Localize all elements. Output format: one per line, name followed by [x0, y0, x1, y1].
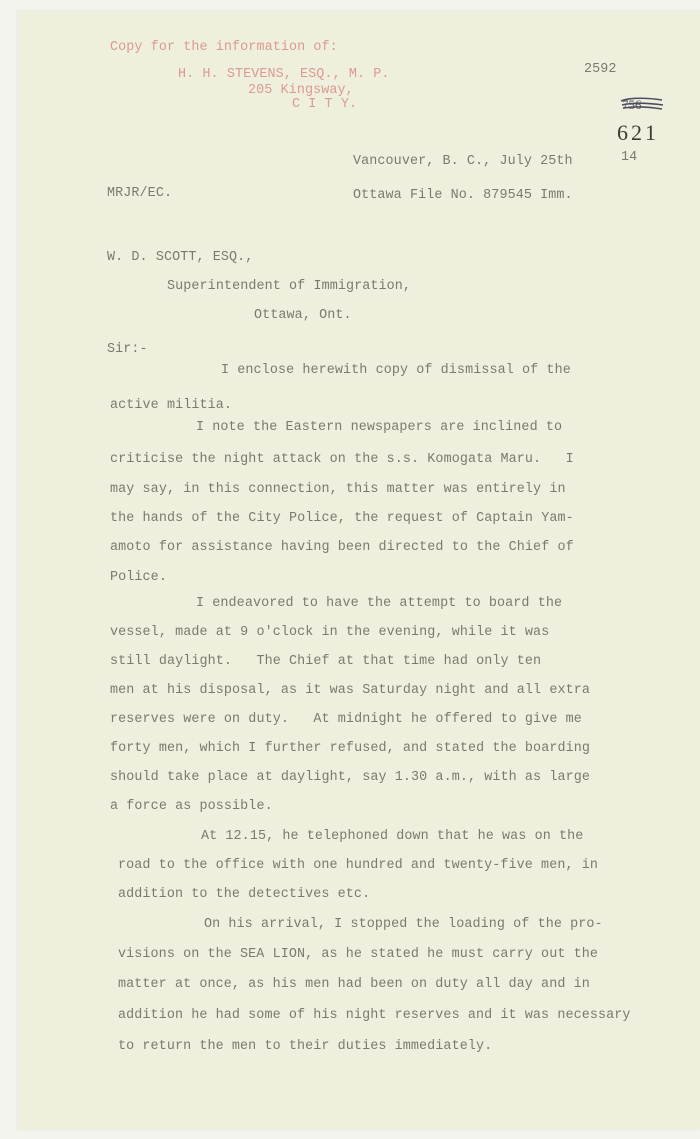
body-line: still daylight. The Chief at that time h…: [110, 654, 541, 669]
page-number: 14: [621, 150, 637, 165]
body-line: active militia.: [110, 398, 232, 413]
body-line: should take place at daylight, say 1.30 …: [110, 770, 590, 785]
body-line: to return the men to their duties immedi…: [118, 1039, 492, 1054]
body-line: On his arrival, I stopped the loading of…: [204, 917, 603, 932]
body-line: matter at once, as his men had been on d…: [118, 977, 590, 992]
reference-initials: MRJR/EC.: [107, 186, 172, 201]
body-line: reserves were on duty. At midnight he of…: [110, 712, 582, 727]
body-line: I enclose herewith copy of dismissal of …: [221, 363, 571, 378]
addressee-location: Ottawa, Ont.: [254, 308, 352, 323]
addressee-name: W. D. SCOTT, ESQ.,: [107, 250, 253, 265]
body-line: criticise the night attack on the s.s. K…: [110, 452, 574, 467]
copy-recipient-name: H. H. STEVENS, ESQ., M. P.: [178, 67, 390, 82]
body-line: I note the Eastern newspapers are inclin…: [196, 420, 562, 435]
crossed-out-number-icon: 756: [620, 95, 664, 113]
body-line: vessel, made at 9 o'clock in the evening…: [110, 625, 549, 640]
copy-recipient-address: 205 Kingsway,: [248, 83, 354, 98]
body-line: I endeavored to have the attempt to boar…: [196, 596, 562, 611]
body-line: a force as possible.: [110, 799, 273, 814]
body-line: amoto for assistance having been directe…: [110, 540, 574, 555]
place-and-date: Vancouver, B. C., July 25th: [353, 154, 573, 169]
body-line: Police.: [110, 570, 167, 585]
copy-notice-heading: Copy for the information of:: [110, 40, 338, 55]
body-line: the hands of the City Police, the reques…: [110, 511, 574, 526]
handwritten-number: 621: [617, 120, 659, 146]
body-line: visions on the SEA LION, as he stated he…: [118, 947, 598, 962]
body-line: forty men, which I further refused, and …: [110, 741, 590, 756]
stamp-number: 2592: [584, 62, 617, 77]
salutation: Sir:-: [107, 342, 148, 357]
body-line: At 12.15, he telephoned down that he was…: [201, 829, 583, 844]
copy-recipient-city: C I T Y.: [292, 97, 357, 112]
body-line: men at his disposal, as it was Saturday …: [110, 683, 590, 698]
addressee-title: Superintendent of Immigration,: [167, 279, 411, 294]
body-line: road to the office with one hundred and …: [118, 858, 598, 873]
body-line: may say, in this connection, this matter…: [110, 482, 566, 497]
file-reference: Ottawa File No. 879545 Imm.: [353, 188, 573, 203]
body-line: addition to the detectives etc.: [118, 887, 370, 902]
body-line: addition he had some of his night reserv…: [118, 1008, 631, 1023]
